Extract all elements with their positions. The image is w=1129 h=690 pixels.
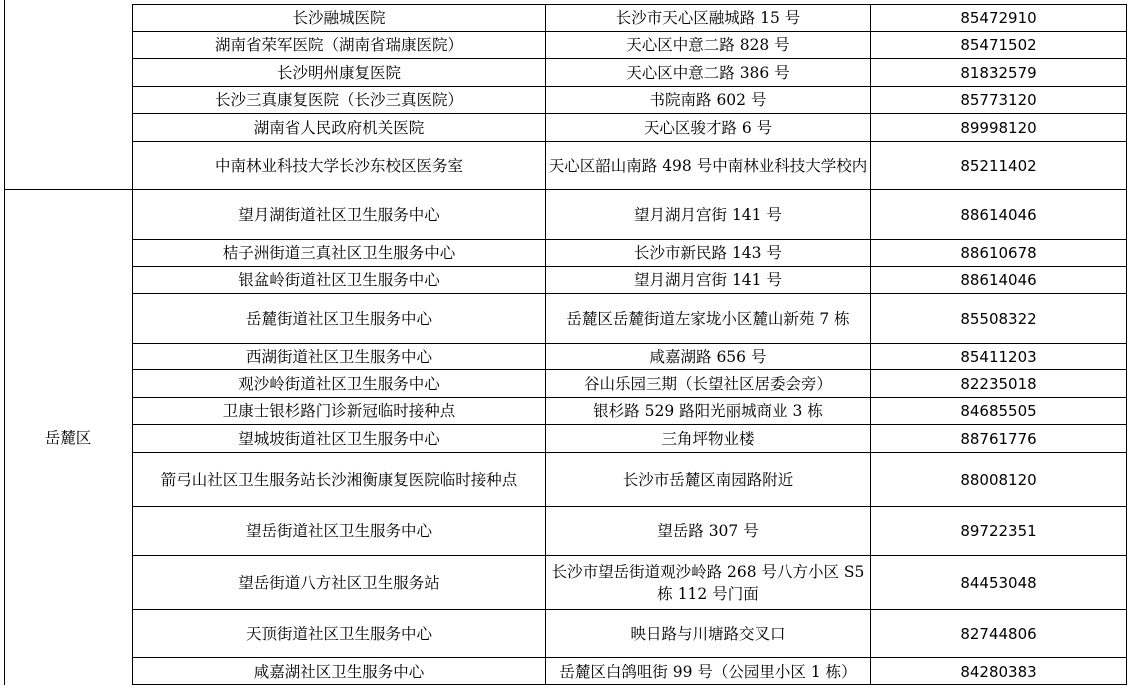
facility-name-cell: 卫康士银杉路门诊新冠临时接种点 [133,398,545,424]
address-cell: 长沙市天心区融城路 15 号 [546,5,870,31]
table-right-border [1126,4,1127,685]
address-cell: 天心区韶山南路 498 号中南林业科技大学校内 [546,142,870,189]
address-cell: 天心区中意二路 386 号 [546,59,870,86]
address-cell: 望岳路 307 号 [546,507,870,555]
phone-cell: 88614046 [871,267,1126,293]
address-cell: 长沙市岳麓区南园路附近 [546,453,870,506]
address-cell: 三角坪物业楼 [546,425,870,452]
address-cell: 书院南路 602 号 [546,87,870,113]
facility-name-cell: 岳麓街道社区卫生服务中心 [133,294,545,343]
phone-cell: 84453048 [871,556,1126,609]
facility-name-cell: 长沙明州康复医院 [133,59,545,86]
phone-cell: 81832579 [871,59,1126,86]
phone-cell: 85411203 [871,344,1126,369]
phone-cell: 85472910 [871,5,1126,31]
facility-name-cell: 长沙三真康复医院（长沙三真医院） [133,87,545,113]
phone-cell: 85508322 [871,294,1126,343]
address-cell: 天心区中意二路 828 号 [546,32,870,58]
address-cell: 望月湖月宫街 141 号 [546,190,870,239]
phone-cell: 89722351 [871,507,1126,555]
facility-name-cell: 箭弓山社区卫生服务站长沙湘衡康复医院临时接种点 [133,453,545,506]
facility-name-cell: 望城坡街道社区卫生服务中心 [133,425,545,452]
phone-cell: 88614046 [871,190,1126,239]
facility-name-cell: 望岳街道八方社区卫生服务站 [133,556,545,609]
phone-cell: 85211402 [871,142,1126,189]
facility-name-cell: 湖南省荣军医院（湖南省瑞康医院） [133,32,545,58]
address-cell: 岳麓区岳麓街道左家垅小区麓山新苑 7 栋 [546,294,870,343]
address-cell: 望月湖月宫街 141 号 [546,267,870,293]
address-cell: 岳麓区白鸽咀街 99 号（公园里小区 1 栋） [546,658,870,685]
address-cell: 长沙市新民路 143 号 [546,240,870,266]
facility-name-cell: 观沙岭街道社区卫生服务中心 [133,370,545,397]
facility-name-cell: 咸嘉湖社区卫生服务中心 [133,658,545,685]
facility-name-cell: 桔子洲街道三真社区卫生服务中心 [133,240,545,266]
phone-cell: 88610678 [871,240,1126,266]
facility-name-cell: 望岳街道社区卫生服务中心 [133,507,545,555]
address-cell: 长沙市望岳街道观沙岭路 268 号八方小区 S5 栋 112 号门面 [546,556,870,609]
phone-cell: 88008120 [871,453,1126,506]
phone-cell: 85471502 [871,32,1126,58]
facility-name-cell: 中南林业科技大学长沙东校区医务室 [133,142,545,189]
phone-cell: 89998120 [871,114,1126,141]
facility-name-cell: 天顶街道社区卫生服务中心 [133,610,545,657]
phone-cell: 82235018 [871,370,1126,397]
phone-cell: 84280383 [871,658,1126,685]
address-cell: 映日路与川塘路交叉口 [546,610,870,657]
phone-cell: 85773120 [871,87,1126,113]
address-cell: 银杉路 529 路阳光丽城商业 3 栋 [546,398,870,424]
phone-cell: 82744806 [871,610,1126,657]
phone-cell: 84685505 [871,398,1126,424]
address-cell: 天心区骏才路 6 号 [546,114,870,141]
address-cell: 咸嘉湖路 656 号 [546,344,870,369]
facility-name-cell: 西湖街道社区卫生服务中心 [133,344,545,369]
district-label-yuelu: 岳麓区 [4,189,132,685]
facility-name-cell: 湖南省人民政府机关医院 [133,114,545,141]
facility-name-cell: 银盆岭街道社区卫生服务中心 [133,267,545,293]
phone-cell: 88761776 [871,425,1126,452]
facility-name-cell: 望月湖街道社区卫生服务中心 [133,190,545,239]
address-cell: 谷山乐园三期（长望社区居委会旁） [546,370,870,397]
facility-name-cell: 长沙融城医院 [133,5,545,31]
table-bottom-border [132,684,1127,685]
